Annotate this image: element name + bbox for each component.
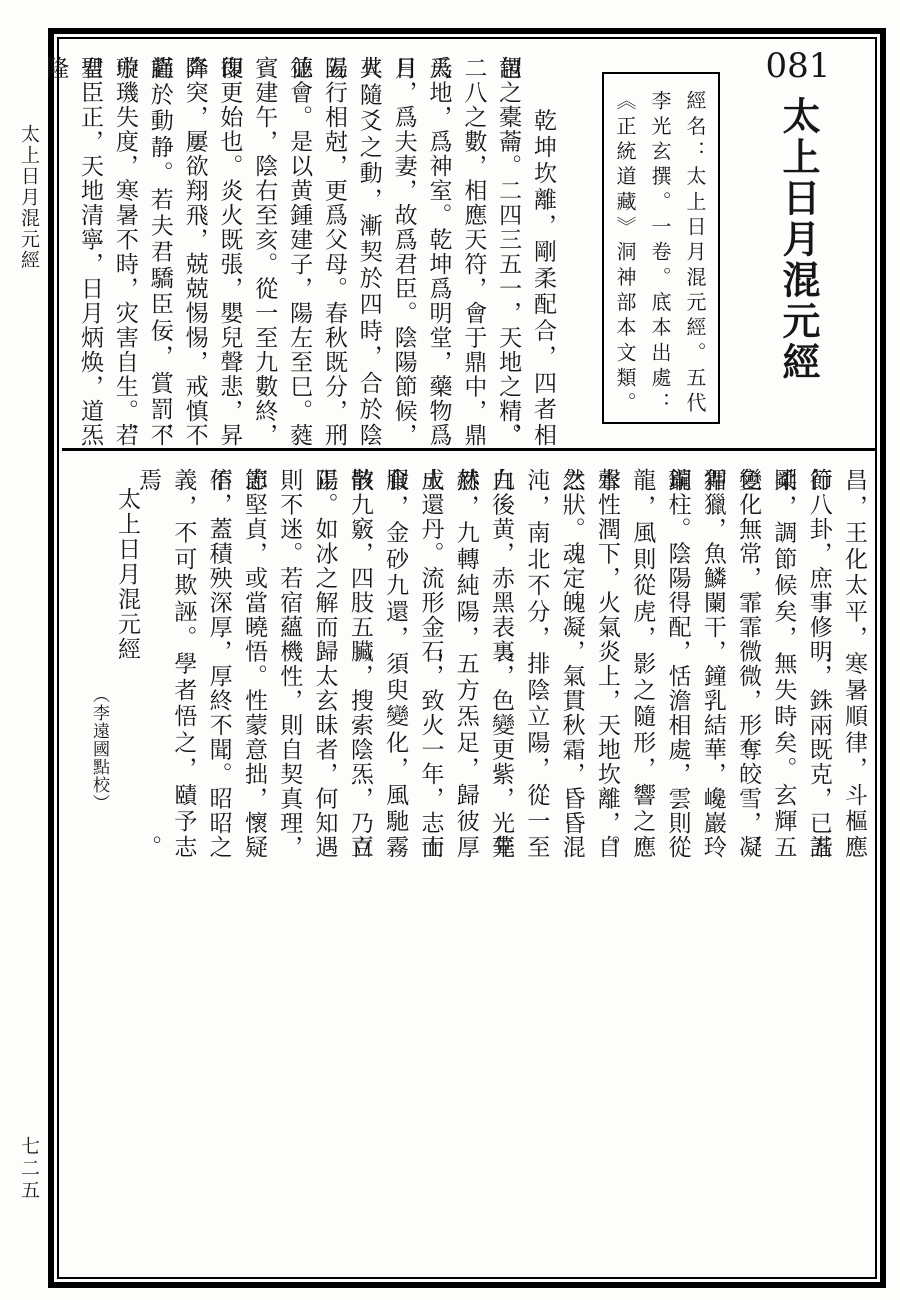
text-column: 火隨爻之動，漸契於四時，合於陰陽。: [351, 56, 386, 446]
end-title: 太上日月混元經: [110, 487, 144, 662]
source-note-column: 經名：太上日月混元經。五代: [677, 90, 712, 412]
text-column: 乾坤坎離，剛柔配合，四者相包，: [525, 56, 560, 446]
scanned-book-page: 太上日月混元經 七二五 081 太上日月混元經 經名：太上日月混元經。五代李光玄…: [0, 0, 900, 1300]
page-title: 太上日月混元經: [770, 96, 826, 396]
upper-text-block: 乾坤坎離，剛柔配合，四者相包，謂之橐蘥。二四三五一，天地之精。二八之數，相應天符…: [72, 56, 560, 446]
text-column: 復更始也。炎火既張，嬰兒聲悲，昇降: [212, 56, 247, 446]
editor-credit: （李遠國點校）: [86, 686, 112, 812]
text-column: 奔突，屢欲翔飛，兢兢惕惕，戒慎不虧，: [177, 56, 212, 446]
spine-title: 太上日月混元經: [12, 124, 46, 271]
text-column: 節堅貞，或當曉悟。性蒙意拙，懷疑不: [236, 468, 271, 858]
source-note-column: 《正統道藏》洞神部本文類。: [607, 90, 642, 412]
text-column: 陽。如冰之解而歸太玄昧者，何知遇: [306, 468, 341, 858]
text-column: 月，爲夫妻，故爲君臣。陰陽節候，其: [386, 56, 421, 446]
source-note-column: 李光玄撰。一卷。底本出處：: [642, 90, 677, 412]
text-column: 沌，南北不分，排陰立陽，從一至九，先: [518, 468, 553, 858]
lower-text-block: 昌，王化太平，寒暑順律，斗樞應節，五行八卦，庶事修明，銖兩既克，已諧剛柔，調節候…: [165, 468, 871, 858]
text-column: 則不迷。若宿蘊機性，則自契真理，志: [271, 468, 306, 858]
section-divider: [62, 448, 876, 451]
text-column: 龍，風則從虎，影之隨形，響之應聲。: [624, 468, 659, 858]
text-column: 食，金砂九還，須臾變化，風馳霧散，百: [377, 468, 412, 858]
folio-page-number: 七二五: [12, 1136, 46, 1202]
catalog-number: 081: [760, 46, 836, 86]
text-column: 狎獵，魚鱗闌干，鐘乳結華，巉巖玲瓏: [695, 468, 730, 858]
text-column: 柔，調節候矣，無失時矣。玄輝五色，: [765, 468, 800, 858]
text-column: 昌，王化太平，寒暑順律，斗樞應節，五: [836, 468, 871, 858]
text-column: 銅柱。陰陽得配，恬澹相處，雲則從: [659, 468, 694, 858]
text-column: 並會。是以黄鍾建子，陽左至巳。蕤: [281, 56, 316, 446]
text-column: 賓建午，陰右至亥。從一至九數終，即: [246, 56, 281, 446]
text-column: 聖臣正，天地清寧，日月炳焕，道炁隆: [72, 56, 107, 446]
source-note-box: 經名：太上日月混元經。五代李光玄撰。一卷。底本出處：《正統道藏》洞神部本文類。: [602, 72, 720, 424]
text-column: 然，九轉純陽，五方炁足，歸彼厚土，而: [447, 468, 482, 858]
text-column: 之狀。魂定魄凝，氣貫秋霜，昏昏混: [553, 468, 588, 858]
text-column: 義，不可欺誣。學者悟之，賾予志焉。: [165, 468, 200, 858]
text-column: 二八之數，相應天符，會于鼎中，鼎爲: [455, 56, 490, 446]
text-column: 天地，爲神室。乾坤爲明堂，藥物爲日: [421, 56, 456, 446]
text-column: 信，蓋積殃深厚，厚終不聞。昭昭之: [200, 468, 235, 858]
